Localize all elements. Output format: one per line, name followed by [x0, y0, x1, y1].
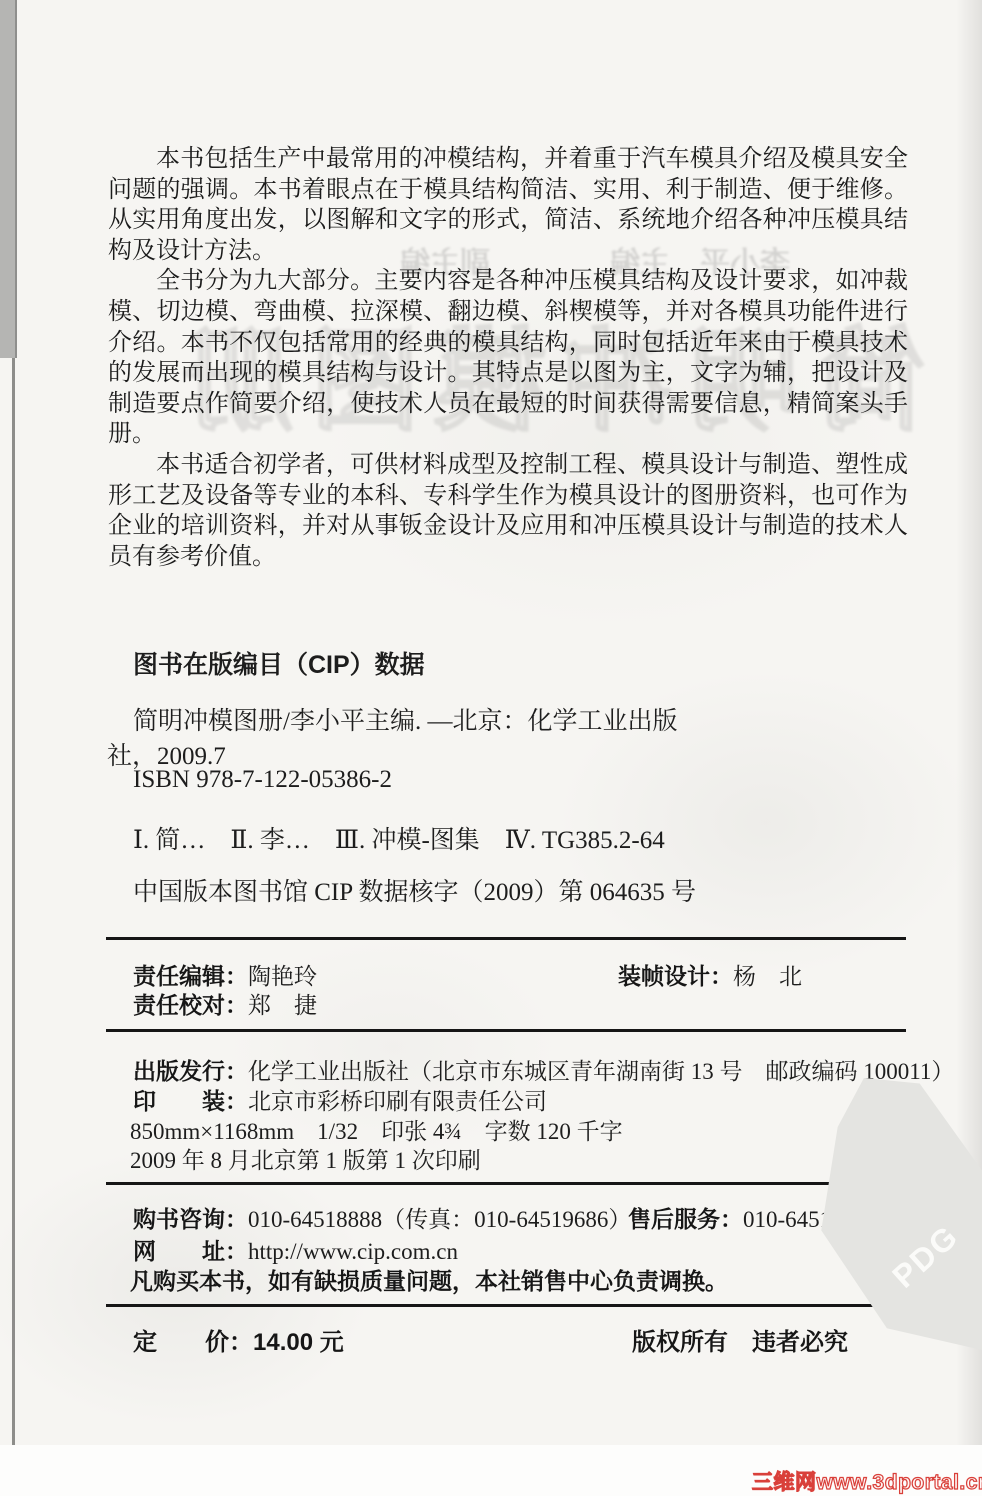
divider-rule	[106, 937, 906, 940]
editor-label: 责任编辑：	[133, 963, 248, 989]
scan-edge-line	[12, 358, 15, 1445]
publisher-value: 化学工业出版社（北京市东城区青年湖南街 13 号 邮政编码 100011）	[248, 1059, 954, 1084]
publisher-row: 出版发行：化学工业出版社（北京市东城区青年湖南街 13 号 邮政编码 10001…	[133, 1053, 954, 1086]
paragraph-audience: 本书适合初学者，可供材料成型及控制工程、模具设计与制造、塑性成形工艺及设备等专业…	[108, 450, 908, 572]
printer-row: 印 装：北京市彩桥印刷有限责任公司	[133, 1083, 547, 1116]
purchase-phone: 010-64518888（传真：010-64519686）	[248, 1207, 631, 1232]
cip-record-number: 中国版本图书馆 CIP 数据核字（2009）第 064635 号	[133, 872, 696, 908]
service-label: 售后服务：	[628, 1206, 743, 1232]
proofreader-label: 责任校对：	[133, 992, 248, 1018]
designer-name: 杨 北	[733, 964, 802, 989]
divider-rule	[106, 1029, 906, 1032]
intro-paragraphs: 本书包括生产中最常用的冲模结构，并着重于汽车模具介绍及模具安全问题的强调。本书着…	[108, 144, 908, 572]
printer-label: 印 装：	[133, 1088, 248, 1114]
website-url: http://www.cip.com.cn	[248, 1239, 458, 1264]
edition-row: 2009 年 8 月北京第 1 版第 1 次印刷	[130, 1142, 481, 1175]
editor-name: 陶艳玲	[248, 964, 317, 989]
purchase-phone-row: 购书咨询：010-64518888（传真：010-64519686）	[133, 1201, 631, 1234]
cip-title-line1: 简明冲模图册/李小平主编. —北京：化学工业出版	[133, 701, 677, 737]
cip-classification: Ⅰ. 简… Ⅱ. 李… Ⅲ. 冲模-图集 Ⅳ. TG385.2-64	[133, 820, 665, 856]
printer-value: 北京市彩桥印刷有限责任公司	[248, 1089, 547, 1114]
cip-heading: 图书在版编目（CIP）数据	[133, 645, 425, 681]
exchange-notice: 凡购买本书，如有缺损质量问题，本社销售中心负责调换。	[130, 1263, 728, 1296]
copyright-notice: 版权所有 违者必究	[632, 1322, 848, 1357]
price-label: 定 价：	[133, 1329, 253, 1356]
site-watermark: 三维网www.3dportal.cn	[752, 1466, 982, 1496]
publisher-label: 出版发行：	[133, 1058, 248, 1084]
scan-edge-band	[0, 0, 17, 358]
price-value: 14.00 元	[253, 1329, 344, 1356]
scanned-copyright-page: 简明冲模图册 李小平 主编 副主编 本书包括生产中最常用的冲模结构，并着重于汽车…	[0, 0, 982, 1496]
proofreader-name: 郑 捷	[248, 993, 317, 1018]
price-row: 定 价：14.00 元	[133, 1322, 344, 1357]
proofreader-row: 责任校对：郑 捷	[133, 987, 317, 1020]
divider-rule	[106, 1182, 906, 1185]
purchase-label: 购书咨询：	[133, 1206, 248, 1232]
website-label: 网 址：	[133, 1238, 248, 1264]
paragraph-contents: 全书分为九大部分。主要内容是各种冲压模具结构及设计要求，如冲裁模、切边模、弯曲模…	[108, 266, 908, 450]
paragraph-overview: 本书包括生产中最常用的冲模结构，并着重于汽车模具介绍及模具安全问题的强调。本书着…	[108, 144, 908, 266]
designer-label: 装帧设计：	[618, 963, 733, 989]
designer-row: 装帧设计：杨 北	[618, 958, 802, 991]
divider-rule	[106, 1304, 906, 1307]
isbn-number: ISBN 978-7-122-05386-2	[133, 766, 392, 794]
website-row: 网 址：http://www.cip.com.cn	[133, 1233, 458, 1266]
